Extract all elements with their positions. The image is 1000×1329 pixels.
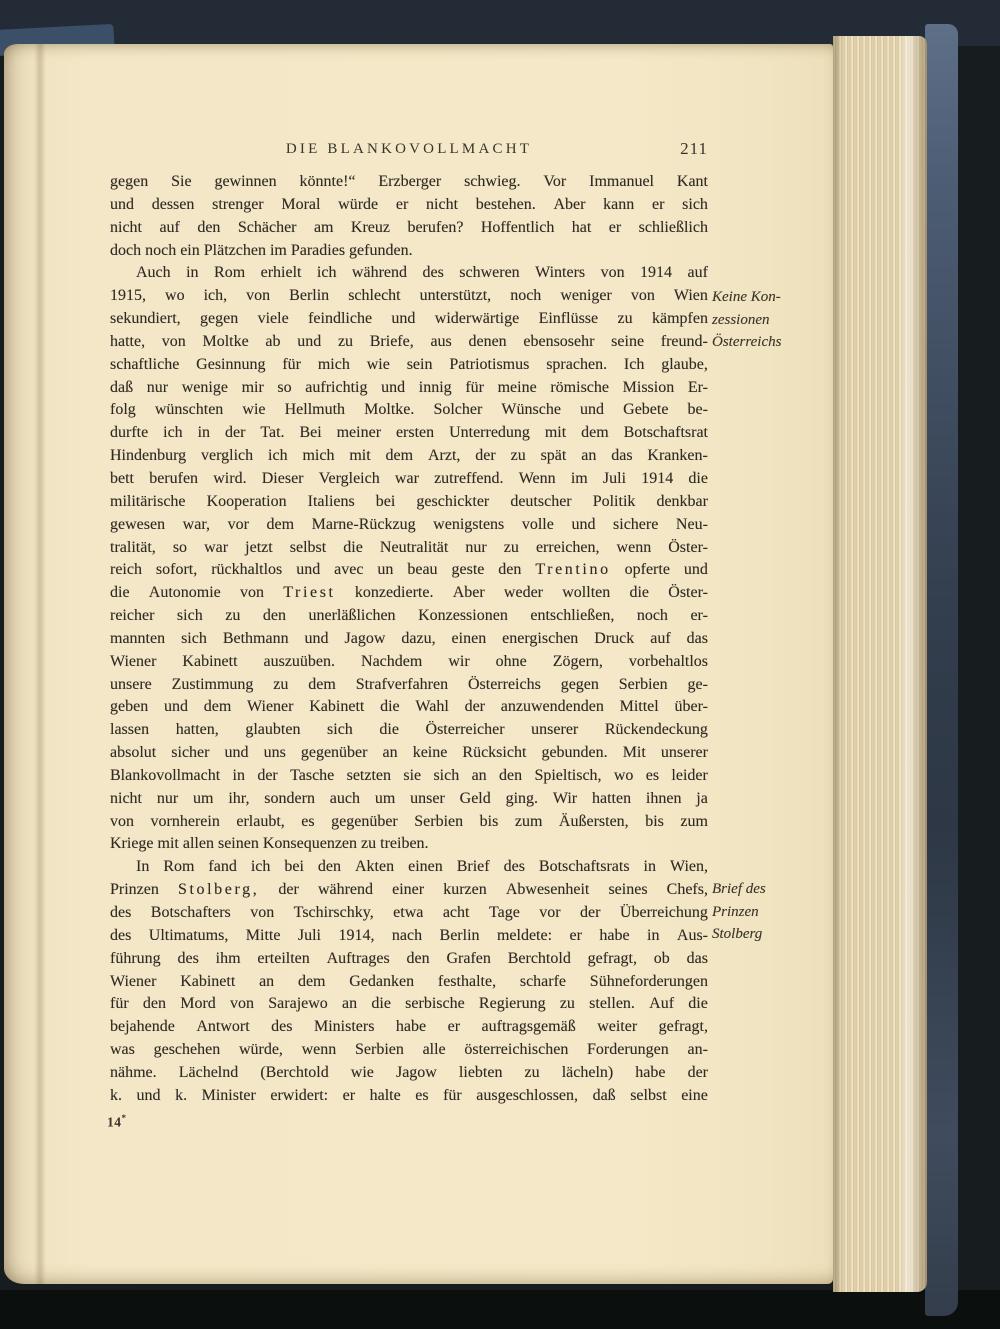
text-line: gebenunddemWienerKabinettdieWahlderanzuw… xyxy=(110,696,708,719)
signature-mark: 14* xyxy=(107,1113,127,1131)
text-line: doch noch ein Plätzchen im Paradies gefu… xyxy=(110,240,708,263)
text-line: PrinzenStolberg,derwährendeinerkurzenAbw… xyxy=(110,879,708,902)
text-line: WienerKabinettandemGedankenfesthalte,sch… xyxy=(110,971,708,994)
text-line: daßnurwenigemirsoaufrichtigundinnigfürme… xyxy=(110,377,708,400)
signature-number: 14 xyxy=(107,1115,122,1130)
book-photo: { "page": { "header": { "title": "DIE BL… xyxy=(0,0,1000,1329)
paragraph: AuchinRomerhieltichwährenddesschwerenWin… xyxy=(110,262,708,856)
text-line: unsereZustimmungzudemStrafverfahrenÖster… xyxy=(110,674,708,697)
book-cover-bottom xyxy=(0,1290,1000,1329)
text-line: schaftlicheGesinnungfürmichwieseinPatrio… xyxy=(110,354,708,377)
margin-note-line: Brief des xyxy=(712,878,836,901)
text-line: dieAutonomievonTriestkonzedierte.Aberwed… xyxy=(110,582,708,605)
gutter-crease xyxy=(34,44,46,1284)
text-line: bettberufenwird.DieserVergleichwarzutref… xyxy=(110,468,708,491)
margin-note: Keine Kon-zessionenÖsterreichs xyxy=(712,286,836,354)
body-text: gegenSiegewinnenkönnte!“Erzbergerschwieg… xyxy=(110,171,708,1108)
margin-note-line: Stolberg xyxy=(712,923,836,946)
running-header-title: DIE BLANKOVOLLMACHT xyxy=(110,141,708,158)
text-line: unddessenstrengerMoralwürdeernichtbesteh… xyxy=(110,194,708,217)
text-line: nichtnurumihr,sondernauchumunserGeldging… xyxy=(110,788,708,811)
text-line: BlankovollmachtinderTaschesetztensiesich… xyxy=(110,765,708,788)
text-line: militärischeKooperationItaliensbeigeschi… xyxy=(110,491,708,514)
margin-note: Brief desPrinzenStolberg xyxy=(712,878,836,946)
text-line: desBotschaftersvonTschirschky,etwaachtTa… xyxy=(110,902,708,925)
text-line: tralität,sowarjetztselbstdieNeutralitätn… xyxy=(110,537,708,560)
page-stack-fore-edge xyxy=(833,36,927,1292)
text-line: k.undk.Ministererwidert:erhalteesfürausg… xyxy=(110,1085,708,1108)
text-line: lassenhatten,glaubtensichdieÖsterreicher… xyxy=(110,719,708,742)
page-number: 211 xyxy=(680,139,708,159)
text-line: durfteichinderTat.BeimeinererstenUnterre… xyxy=(110,422,708,445)
text-line: Kriege mit allen seinen Konsequenzen zu … xyxy=(110,833,708,856)
text-line: sekundiert,gegenvielefeindlicheundwiderw… xyxy=(110,308,708,331)
book-page: DIE BLANKOVOLLMACHT 211 gegenSiegewinnen… xyxy=(4,44,833,1284)
margin-note-line: Prinzen xyxy=(712,901,836,924)
paragraph: gegenSiegewinnenkönnte!“Erzbergerschwieg… xyxy=(110,171,708,262)
text-line: führungdesihmerteiltenAuftragesdenGrafen… xyxy=(110,948,708,971)
book-cover-side xyxy=(925,24,958,1316)
text-line: fürdenMordvonSarajewoandieserbischeRegie… xyxy=(110,993,708,1016)
margin-note-line: Österreichs xyxy=(712,331,836,354)
text-line: AuchinRomerhieltichwährenddesschwerenWin… xyxy=(110,262,708,285)
paragraph: InRomfandichbeidenAkteneinenBriefdesBots… xyxy=(110,856,708,1107)
margin-note-line: Keine Kon- xyxy=(712,286,836,309)
text-line: absolutsicherundunsgegenüberankeineRücks… xyxy=(110,742,708,765)
text-line: manntensichBethmannundJagowdazu,einenene… xyxy=(110,628,708,651)
text-line: 1915,woich,vonBerlinschlechtunterstützt,… xyxy=(110,285,708,308)
text-line: wasgeschehenwürde,wennSerbienalleösterre… xyxy=(110,1039,708,1062)
text-line: reichsofort,rückhaltlosundavecunbeaugest… xyxy=(110,559,708,582)
text-line: gewesenwar,vordemMarne-Rückzugwenigstens… xyxy=(110,514,708,537)
text-line: bejahendeAntwortdesMinistershabeerauftra… xyxy=(110,1016,708,1039)
margin-note-line: zessionen xyxy=(712,309,836,332)
text-line: vonvornhereinerlaubt,esgegenüberSerbienb… xyxy=(110,811,708,834)
text-line: gegenSiegewinnenkönnte!“Erzbergerschwieg… xyxy=(110,171,708,194)
text-line: nähme.Lächelnd(BerchtoldwieJagowliebtenz… xyxy=(110,1062,708,1085)
text-line: hatte,vonMoltkeabundzuBriefe,ausdenenebe… xyxy=(110,331,708,354)
text-line: WienerKabinettauszuüben.NachdemwirohneZö… xyxy=(110,651,708,674)
text-line: nichtaufdenSchächeramKreuzberufen?Hoffen… xyxy=(110,217,708,240)
text-line: InRomfandichbeidenAkteneinenBriefdesBots… xyxy=(110,856,708,879)
running-header-row: DIE BLANKOVOLLMACHT 211 xyxy=(110,141,708,163)
text-line: desUltimatums,MitteJuli1914,nachBerlinme… xyxy=(110,925,708,948)
signature-asterisk: * xyxy=(122,1113,127,1123)
text-line: folgwünschtenwieHellmuthMoltke.SolcherWü… xyxy=(110,399,708,422)
text-line: HindenburgverglichichmichmitdemArzt,derz… xyxy=(110,445,708,468)
text-line: reichersichzudenunerläßlichenKonzessione… xyxy=(110,605,708,628)
